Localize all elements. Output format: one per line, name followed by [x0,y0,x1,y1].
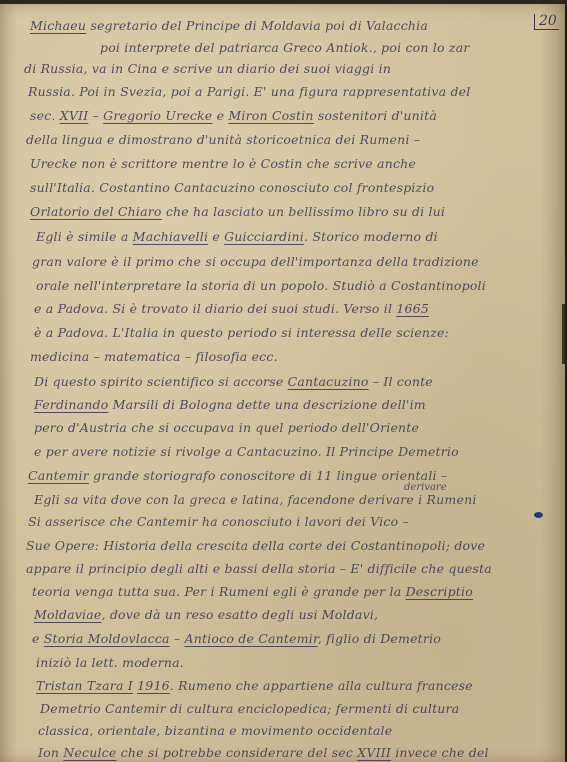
text-line: Russia. Poi in Svezia, poi a Parigi. E' … [28,84,470,99]
text-line: Di questo spirito scientifico si accorse… [34,374,433,389]
underlined-title: Orlatorio del Chiaro [30,204,162,219]
underlined-name: Guicciardini [224,229,304,244]
text-line: della lingua e dimostrano d'unità storic… [26,132,420,147]
underlined-year: 1916 [137,678,170,693]
text-line: Orlatorio del Chiaro che ha lasciato un … [30,204,445,219]
text-line: classica, orientale, bizantina e movimen… [38,723,392,738]
text-line: Ferdinando Marsili di Bologna dette una … [34,397,426,412]
text-line: Moldaviae, dove dà un reso esatto degli … [34,607,378,622]
text-line: Michaeu segretario del Principe di Molda… [30,18,428,33]
text-line: sec. XVII – Gregorio Urecke e Miron Cost… [30,108,437,123]
text-line: pero d'Austria che si occupava in quel p… [34,420,419,435]
text-line: Tristan Tzara I 1916. Rumeno che apparti… [36,678,473,693]
page-number: 20 [534,14,559,30]
text-line: Sue Opere: Historia della crescita della… [26,538,485,553]
text-line: poi interprete del patriarca Greco Antio… [100,40,470,55]
scan-edge-shadow [562,304,565,364]
underlined-century: XVII [60,108,89,123]
text-line: gran valore è il primo che si occupa del… [32,254,479,269]
text-line: medicina – matematica – filosofia ecc. [30,349,278,364]
underlined-name: Tristan Tzara I [36,678,133,693]
ink-blot [534,512,543,518]
underlined-name: Machiavelli [133,229,208,244]
text-line: appare il principio degli alti e bassi d… [26,561,492,576]
text-line: e per avere notizie si rivolge a Cantacu… [34,444,459,459]
underlined-name: Michaeu [30,18,86,33]
underlined-title: Descriptio [406,584,473,599]
underlined-century: XVIII [357,745,391,760]
text-line: Cantemir grande storiografo conoscitore … [28,468,447,483]
text-line: Demetrio Cantemir di cultura enciclopedi… [40,701,459,716]
underlined-name: Neculce [63,745,116,760]
underlined-title: Moldaviae [34,607,102,622]
underlined-title: Storia Moldovlacca [44,631,170,646]
underlined-year: 1665 [396,301,429,316]
text-line: teoria venga tutta sua. Per i Rumeni egl… [32,584,473,599]
underlined-name: Gregorio Urecke [103,108,212,123]
underlined-name: Ferdinando [34,397,108,412]
text-line: di Russia, va in Cina e scrive un diario… [24,61,391,76]
underlined-name: Antioco de Cantemir [185,631,318,646]
text-line: Ion Neculce che si potrebbe considerare … [38,745,489,760]
text-line: è a Padova. L'Italia in questo periodo s… [34,325,449,340]
underlined-name: Cantemir [28,468,89,483]
underlined-name: Miron Costin [228,108,313,123]
text-line: e a Padova. Si è trovato il diario dei s… [34,301,429,316]
text-line: Si asserisce che Cantemir ha conosciuto … [28,514,409,529]
manuscript-page: 20 Michaeu segretario del Principe di Mo… [0,4,565,762]
text-line: iniziò la lett. moderna. [36,655,184,670]
underlined-name: Cantacuzino [288,374,369,389]
text-line: Egli sa vita dove con la greca e latina,… [34,492,477,507]
text-line: Egli è simile a Machiavelli e Guicciardi… [36,229,438,244]
text-line: Urecke non è scrittore mentre lo è Costi… [30,156,416,171]
text-line: orale nell'interpretare la storia di un … [36,278,486,293]
text-line: e Storia Moldovlacca – Antioco de Cantem… [32,631,441,646]
text-line: sull'Italia. Costantino Cantacuzino cono… [30,180,434,195]
